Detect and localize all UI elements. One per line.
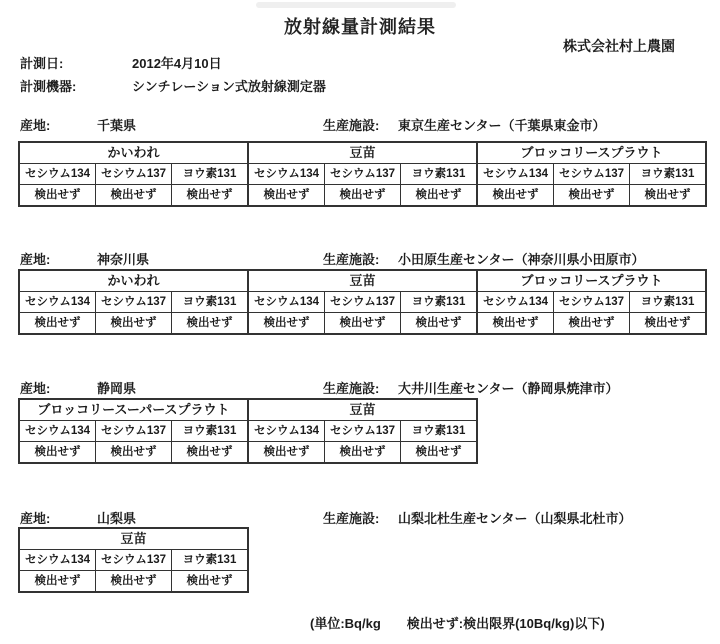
result-value: 検出せず: [172, 185, 249, 207]
result-value: 検出せず: [248, 185, 325, 207]
nuclide-header: ヨウ素131: [172, 550, 249, 571]
measurement-table: 豆苗セシウム134セシウム137ヨウ素131検出せず検出せず検出せず: [18, 527, 249, 593]
result-value: 検出せず: [630, 185, 707, 207]
result-value: 検出せず: [172, 571, 249, 593]
result-value: 検出せず: [248, 442, 325, 464]
nuclide-header: セシウム134: [19, 292, 96, 313]
product-name: 豆苗: [248, 142, 477, 164]
nuclide-header: セシウム137: [96, 292, 172, 313]
result-value: 検出せず: [172, 442, 249, 464]
result-value: 検出せず: [248, 313, 325, 335]
result-value: 検出せず: [554, 313, 630, 335]
company-name: 株式会社村上農園: [563, 36, 675, 56]
nuclide-header: セシウム137: [96, 421, 172, 442]
result-value: 検出せず: [96, 571, 172, 593]
facility-value: 小田原生産センター（神奈川県小田原市）: [398, 252, 644, 267]
nuclide-header: セシウム134: [19, 164, 96, 185]
facility-value: 山梨北杜生産センター（山梨県北杜市）: [398, 511, 631, 526]
result-value: 検出せず: [19, 185, 96, 207]
nuclide-header: セシウム134: [477, 164, 554, 185]
nuclide-header: セシウム137: [325, 164, 401, 185]
product-name: かいわれ: [19, 142, 248, 164]
nuclide-header: ヨウ素131: [172, 421, 249, 442]
product-name: かいわれ: [19, 270, 248, 292]
origin-label: 産地:: [20, 511, 50, 526]
facility-value: 大井川生産センター（静岡県焼津市）: [398, 381, 618, 396]
origin-value: 山梨県: [97, 511, 136, 526]
origin-value: 千葉県: [97, 118, 136, 133]
measurement-table: かいわれ豆苗ブロッコリースプラウトセシウム134セシウム137ヨウ素131セシウ…: [18, 269, 707, 335]
facility-value: 東京生産センター（千葉県東金市）: [398, 118, 605, 133]
measurement-device-value: シンチレーション式放射線測定器: [132, 79, 326, 94]
nuclide-header: ヨウ素131: [172, 164, 249, 185]
result-value: 検出せず: [477, 185, 554, 207]
origin-label: 産地:: [20, 118, 50, 133]
nuclide-header: セシウム134: [19, 550, 96, 571]
nuclide-header: ヨウ素131: [401, 164, 478, 185]
document-page: 放射線量計測結果 株式会社村上農園 計測日: 2012年4月10日 計測機器: …: [0, 0, 720, 644]
measurement-table-chiba: かいわれ豆苗ブロッコリースプラウトセシウム134セシウム137ヨウ素131セシウ…: [18, 141, 707, 207]
result-value: 検出せず: [19, 571, 96, 593]
scan-artifact: [256, 2, 456, 8]
nuclide-header: セシウム137: [96, 164, 172, 185]
facility-label: 生産施設:: [323, 118, 379, 133]
measurement-date-label: 計測日:: [20, 56, 63, 71]
nuclide-header: セシウム137: [325, 292, 401, 313]
units-footnote: (単位:Bq/kg 検出せず:検出限界(10Bq/kg)以下): [310, 613, 605, 632]
nuclide-header: ヨウ素131: [172, 292, 249, 313]
result-value: 検出せず: [325, 442, 401, 464]
nuclide-header: ヨウ素131: [630, 164, 707, 185]
result-value: 検出せず: [96, 185, 172, 207]
nuclide-header: セシウム134: [248, 292, 325, 313]
result-value: 検出せず: [19, 442, 96, 464]
nuclide-header: ヨウ素131: [630, 292, 707, 313]
nuclide-header: セシウム137: [554, 164, 630, 185]
measurement-table: ブロッコリースーパースプラウト豆苗セシウム134セシウム137ヨウ素131セシウ…: [18, 398, 478, 464]
result-value: 検出せず: [401, 442, 478, 464]
result-value: 検出せず: [172, 313, 249, 335]
result-value: 検出せず: [325, 185, 401, 207]
measurement-table-yamanashi: 豆苗セシウム134セシウム137ヨウ素131検出せず検出せず検出せず: [18, 527, 249, 593]
nuclide-header: セシウム134: [19, 421, 96, 442]
measurement-device-label: 計測機器:: [20, 79, 76, 94]
result-value: 検出せず: [401, 313, 478, 335]
origin-value: 静岡県: [97, 381, 136, 396]
nuclide-header: セシウム137: [554, 292, 630, 313]
product-name: ブロッコリースプラウト: [477, 142, 706, 164]
facility-label: 生産施設:: [323, 252, 379, 267]
nuclide-header: セシウム134: [248, 164, 325, 185]
nuclide-header: セシウム134: [248, 421, 325, 442]
facility-label: 生産施設:: [323, 511, 379, 526]
product-name: 豆苗: [248, 399, 477, 421]
result-value: 検出せず: [630, 313, 707, 335]
nuclide-header: ヨウ素131: [401, 421, 478, 442]
result-value: 検出せず: [19, 313, 96, 335]
origin-label: 産地:: [20, 381, 50, 396]
product-name: 豆苗: [248, 270, 477, 292]
measurement-date-value: 2012年4月10日: [132, 56, 222, 71]
result-value: 検出せず: [96, 442, 172, 464]
nuclide-header: ヨウ素131: [401, 292, 478, 313]
result-value: 検出せず: [554, 185, 630, 207]
nuclide-header: セシウム137: [325, 421, 401, 442]
product-name: ブロッコリースーパースプラウト: [19, 399, 248, 421]
origin-label: 産地:: [20, 252, 50, 267]
product-name: ブロッコリースプラウト: [477, 270, 706, 292]
result-value: 検出せず: [96, 313, 172, 335]
product-name: 豆苗: [19, 528, 248, 550]
result-value: 検出せず: [325, 313, 401, 335]
measurement-table-kanagawa: かいわれ豆苗ブロッコリースプラウトセシウム134セシウム137ヨウ素131セシウ…: [18, 269, 707, 335]
origin-value: 神奈川県: [97, 252, 149, 267]
measurement-table: かいわれ豆苗ブロッコリースプラウトセシウム134セシウム137ヨウ素131セシウ…: [18, 141, 707, 207]
nuclide-header: セシウム137: [96, 550, 172, 571]
result-value: 検出せず: [477, 313, 554, 335]
measurement-table-shizuoka: ブロッコリースーパースプラウト豆苗セシウム134セシウム137ヨウ素131セシウ…: [18, 398, 478, 464]
facility-label: 生産施設:: [323, 381, 379, 396]
result-value: 検出せず: [401, 185, 478, 207]
nuclide-header: セシウム134: [477, 292, 554, 313]
